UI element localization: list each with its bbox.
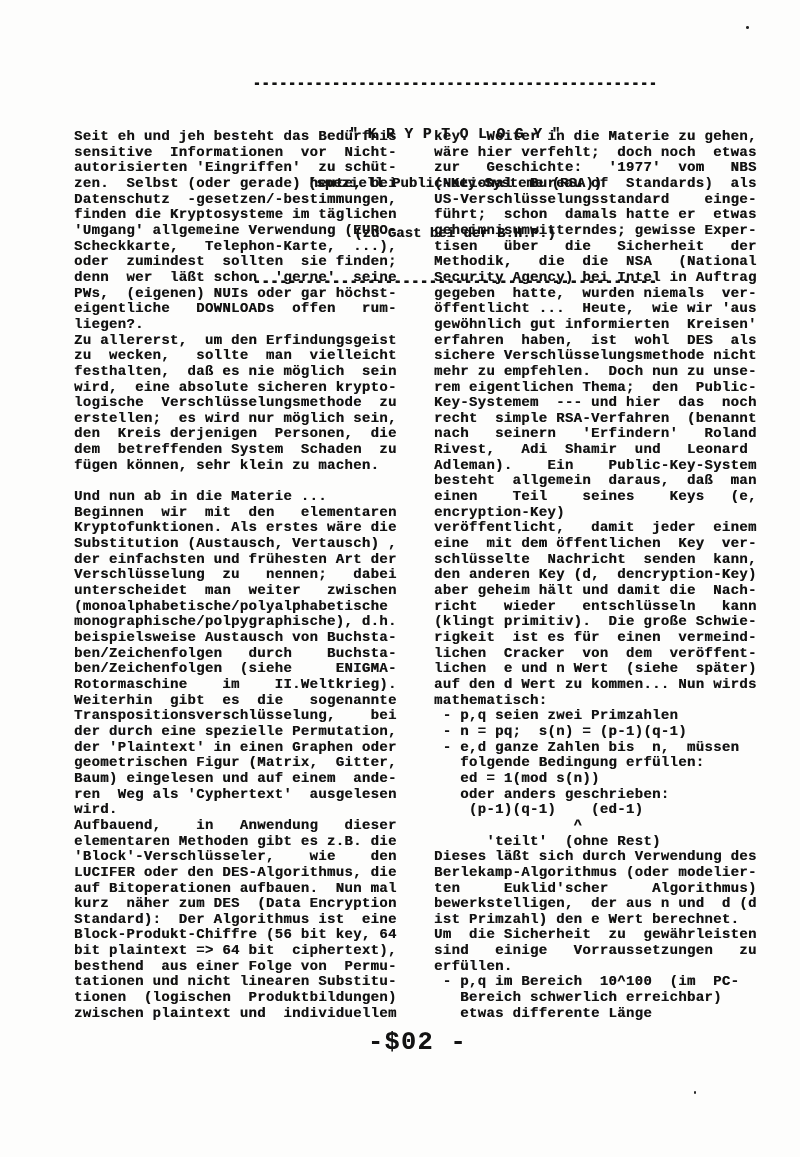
text-line: lichen e und n Wert (siehe später) <box>434 662 764 678</box>
scan-speck <box>694 1091 696 1094</box>
text-line: (klingt primitiv). Die große Schwie- <box>434 615 764 631</box>
text-line: Methodik, die die NSA (National <box>434 255 764 271</box>
text-line: gewöhnlich gut informierten Kreisen' <box>434 318 764 334</box>
text-line: logische Verschlüsselungsmethode zu <box>74 396 404 412</box>
text-line: zen. Selbst (oder gerade) heute, bei <box>74 177 404 193</box>
text-line: Block-Produkt-Chiffre (56 bit key, 64 <box>74 928 404 944</box>
text-line: Bereich schwerlich erreichbar) <box>434 991 764 1007</box>
text-line: dem betreffenden System Schaden zu <box>74 443 404 459</box>
text-line: Substitution (Austausch, Vertausch) , <box>74 537 404 553</box>
text-line: der einfachsten und frühesten Art der <box>74 553 404 569</box>
text-line: (National Bureau of Standards) als <box>434 177 764 193</box>
text-line: besteht allgemein daraus, daß man <box>434 474 764 490</box>
scanned-zine-page: ----------------------------------------… <box>0 0 800 1157</box>
text-line: finden die Kryptosysteme im täglichen <box>74 208 404 224</box>
text-line: fügen können, sehr klein zu machen. <box>74 459 404 475</box>
text-line: geheimnisumwitterndes; gewisse Exper- <box>434 224 764 240</box>
text-line: zu wecken, sollte man vielleicht <box>74 349 404 365</box>
text-line: mehr zu empfehlen. Doch nun zu unse- <box>434 365 764 381</box>
left-text-column: Seit eh und jeh besteht das Bedürfnissen… <box>74 130 404 1022</box>
text-line: eigentliche DOWNLOADs offen rum- <box>74 302 404 318</box>
text-line: folgende Bedingung erfüllen: <box>434 756 764 772</box>
text-line: zur Geschichte: '1977' vom NBS <box>434 161 764 177</box>
text-line: eine mit dem öffentlichen Key ver- <box>434 537 764 553</box>
text-line: führt; schon damals hatte er etwas <box>434 208 764 224</box>
text-line: oder zumindest sollten sie finden; <box>74 255 404 271</box>
text-line: tisen über die Sicherheit der <box>434 240 764 256</box>
text-line: lichen Cracker von dem veröffent- <box>434 647 764 663</box>
text-line: - p,q im Bereich 10^100 (im PC- <box>434 975 764 991</box>
text-line: - e,d ganze Zahlen bis n, müssen <box>434 741 764 757</box>
text-line: encryption-Key) <box>434 506 764 522</box>
text-line: schlüsselte Nachricht senden kann, <box>434 553 764 569</box>
text-line: beispielsweise Austausch von Buchsta- <box>74 631 404 647</box>
text-line: denn wer läßt schon 'gerne' seine <box>74 271 404 287</box>
text-line: Rotormaschine im II.Weltkrieg). <box>74 678 404 694</box>
text-line: Um die Sicherheit zu gewährleisten <box>434 928 764 944</box>
text-line: Datenschutz -gesetzen/-bestimmungen, <box>74 193 404 209</box>
dashed-rule-top: ----------------------------------------… <box>250 73 660 98</box>
text-line: zwischen plaintext und individuellem <box>74 1007 404 1023</box>
text-line: erfüllen. <box>434 960 764 976</box>
text-line: 'Block'-Verschlüsseler, wie den <box>74 850 404 866</box>
text-line: PWs, (eigenen) NUIs oder gar höchst- <box>74 287 404 303</box>
text-line: richt wieder entschlüsseln kann <box>434 600 764 616</box>
text-line: Standard): Der Algorithmus ist eine <box>74 913 404 929</box>
text-line: unterscheidet man weiter zwischen <box>74 584 404 600</box>
scan-speck <box>746 26 749 29</box>
text-line: gegeben hatte, wurden niemals ver- <box>434 287 764 303</box>
text-line: rigkeit ist es für einen vermeind- <box>434 631 764 647</box>
text-line: ist Primzahl) den e Wert berechnet. <box>434 913 764 929</box>
text-line: bewerkstelligen, der aus n und d (d <box>434 897 764 913</box>
text-line: einen Teil seines Keys (e, <box>434 490 764 506</box>
text-line: erfahren haben, ist wohl DES als <box>434 334 764 350</box>
text-line <box>74 474 404 490</box>
text-line: auf Bitoperationen aufbauen. Nun mal <box>74 882 404 898</box>
text-line: sichere Verschlüsselungsmethode nicht <box>434 349 764 365</box>
text-line: Transpositionsverschlüsselung, bei <box>74 709 404 725</box>
text-line: ben/Zeichenfolgen (siehe ENIGMA- <box>74 662 404 678</box>
text-line: der 'Plaintext' in einen Graphen oder <box>74 741 404 757</box>
text-line: veröffentlicht, damit jeder einem <box>434 521 764 537</box>
text-line: monographische/polpygraphische), d.h. <box>74 615 404 631</box>
text-line: den Kreis derjenigen Personen, die <box>74 427 404 443</box>
text-line: US-Verschlüsselungsstandard einge- <box>434 193 764 209</box>
text-line: Und nun ab in die Materie ... <box>74 490 404 506</box>
text-line: festhalten, daß es nie möglich sein <box>74 365 404 381</box>
text-line: - p,q seien zwei Primzahlen <box>434 709 764 725</box>
text-line: Aufbauend, in Anwendung dieser <box>74 819 404 835</box>
right-text-column: key. Weiter in die Materie zu gehen,wäre… <box>434 130 764 1022</box>
text-line: mathematisch: <box>434 694 764 710</box>
text-line: - n = pq; s(n) = (p-1)(q-1) <box>434 725 764 741</box>
text-line: ten Euklid'scher Algorithmus) <box>434 882 764 898</box>
text-line: Verschlüsselung zu nennen; dabei <box>74 568 404 584</box>
text-line: sind einige Vorraussetzungen zu <box>434 944 764 960</box>
text-line: (p-1)(q-1) (ed-1) <box>434 803 764 819</box>
text-line: Scheckkarte, Telephon-Karte, ...), <box>74 240 404 256</box>
text-line: öffentlicht ... Heute, wie wir 'aus <box>434 302 764 318</box>
text-line: ben/Zeichenfolgen durch Buchsta- <box>74 647 404 663</box>
text-line: Berlekamp-Algorithmus (oder modelier- <box>434 866 764 882</box>
text-line: tationen und nicht linearen Substitu- <box>74 975 404 991</box>
text-line: Security Agency) bei Intel in Auftrag <box>434 271 764 287</box>
text-line: rem eigentlichen Thema; den Public- <box>434 381 764 397</box>
text-line: LUCIFER oder den DES-Algorithmus, die <box>74 866 404 882</box>
text-line: (monoalphabetische/polyalphabetische <box>74 600 404 616</box>
text-line: Weiterhin gibt es die sogenannte <box>74 694 404 710</box>
text-line: den anderen Key (d, dencryption-Key) <box>434 568 764 584</box>
text-line: ren Weg als 'Cyphertext' ausgelesen <box>74 788 404 804</box>
text-line: 'teilt' (ohne Rest) <box>434 835 764 851</box>
text-line: etwas differente Länge <box>434 1007 764 1023</box>
text-line: aber geheim hält und damit die Nach- <box>434 584 764 600</box>
text-line: bit plaintext => 64 bit ciphertext), <box>74 944 404 960</box>
text-line: geometrischen Figur (Matrix, Gitter, <box>74 756 404 772</box>
text-line: wird, eine absolute sicheren krypto- <box>74 381 404 397</box>
page-number: -$02 - <box>368 1028 467 1057</box>
text-line: ed = 1(mod s(n)) <box>434 772 764 788</box>
text-line: Dieses läßt sich durch Verwendung des <box>434 850 764 866</box>
text-line: 'Umgang' allgemeine Verwendung (EURO- <box>74 224 404 240</box>
text-line: elementaren Methoden gibt es z.B. die <box>74 835 404 851</box>
text-line: Seit eh und jeh besteht das Bedürfnis <box>74 130 404 146</box>
text-line: ^ <box>434 819 764 835</box>
text-line: auf den d Wert zu kommen... Nun wirds <box>434 678 764 694</box>
text-line: Zu allererst, um den Erfindungsgeist <box>74 334 404 350</box>
text-line: oder anders geschrieben: <box>434 788 764 804</box>
text-line: key. Weiter in die Materie zu gehen, <box>434 130 764 146</box>
text-line: wird. <box>74 803 404 819</box>
text-line: kurz näher zum DES (Data Encryption <box>74 897 404 913</box>
text-line: Baum) eingelesen und auf einem ande- <box>74 772 404 788</box>
text-line: erstellen; es wird nur möglich sein, <box>74 412 404 428</box>
text-line: sensitive Informationen vor Nicht- <box>74 146 404 162</box>
text-line: der durch eine spezielle Permutation, <box>74 725 404 741</box>
text-line: Rivest, Adi Shamir und Leonard <box>434 443 764 459</box>
text-line: tionen (logischen Produktbildungen) <box>74 991 404 1007</box>
text-line: Key-Systemem --- und hier das noch <box>434 396 764 412</box>
text-line: Beginnen wir mit den elementaren <box>74 506 404 522</box>
text-line: autorisierten 'Eingriffen' zu schüt- <box>74 161 404 177</box>
text-line: besthend aus einer Folge von Permu- <box>74 960 404 976</box>
text-line: nach seinern 'Erfindern' Roland <box>434 427 764 443</box>
text-line: Kryptofunktionen. Als erstes wäre die <box>74 521 404 537</box>
text-line: wäre hier verfehlt; doch noch etwas <box>434 146 764 162</box>
text-line: Adleman). Ein Public-Key-System <box>434 459 764 475</box>
text-line: liegen?. <box>74 318 404 334</box>
text-line: recht simple RSA-Verfahren (benannt <box>434 412 764 428</box>
